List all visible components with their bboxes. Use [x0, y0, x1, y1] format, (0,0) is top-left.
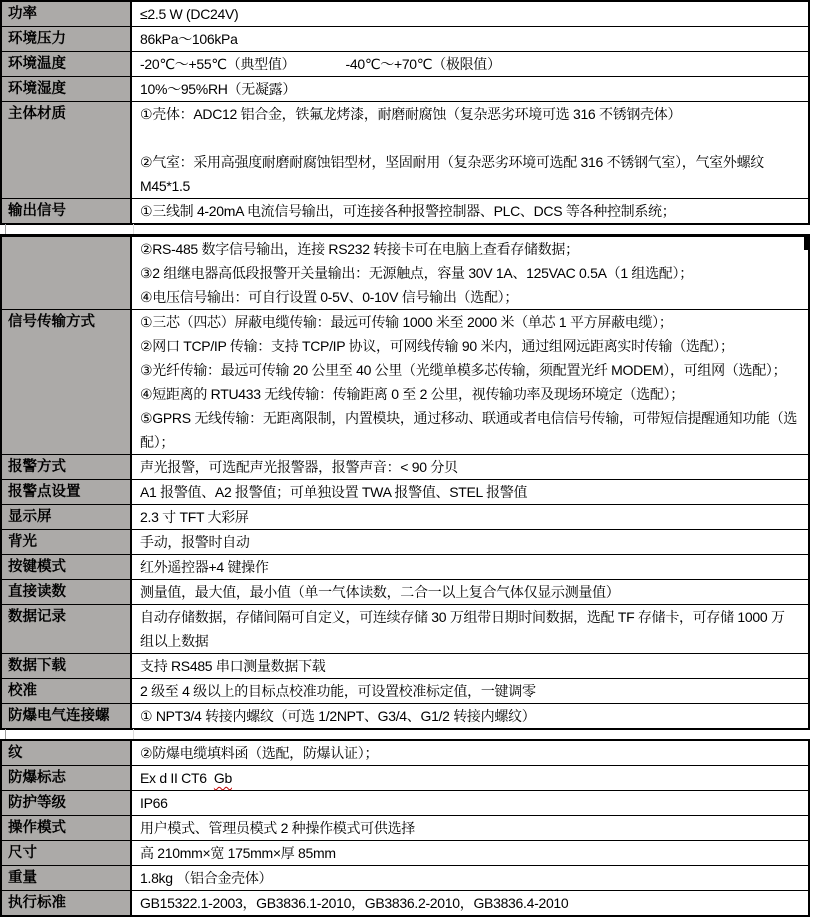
spec-value: ① NPT3/4 转接内螺纹（可选 1/2NPT、G3/4、G1/2 转接内螺纹…	[132, 704, 808, 728]
spec-value: ①壳体：ADC12 铝合金，铁氟龙烤漆，耐磨耐腐蚀（复杂恶劣环境可选 316 不…	[132, 102, 808, 198]
spec-label: 防爆电气连接螺	[2, 704, 132, 728]
spec-label: 环境湿度	[2, 77, 132, 101]
spec-value: ≤2.5 W (DC24V)	[132, 2, 808, 26]
spec-label: 防爆标志	[2, 766, 132, 790]
spec-label: 校准	[2, 679, 132, 703]
spec-label	[2, 237, 132, 309]
spec-value: ①三芯（四芯）屏蔽电缆传输：最远可传输 1000 米至 2000 米（单芯 1 …	[132, 310, 808, 454]
spec-row: 尺寸高 210mm×宽 175mm×厚 85mm	[2, 840, 808, 865]
spec-row: 防护等级IP66	[2, 790, 808, 815]
spec-label: 显示屏	[2, 505, 132, 529]
spec-label: 按键模式	[2, 555, 132, 579]
spec-label: 执行标准	[2, 891, 132, 915]
spec-label: 操作模式	[2, 816, 132, 840]
spec-label: 直接读数	[2, 580, 132, 604]
spec-row: 背光手动，报警时自动	[2, 529, 808, 554]
spec-value: A1 报警值、A2 报警值；可单独设置 TWA 报警值、STEL 报警值	[132, 480, 808, 504]
spec-row: 按键模式红外遥控器+4 键操作	[2, 554, 808, 579]
spec-table-section-2: ②RS-485 数字信号输出，连接 RS232 转接卡可在电脑上查看存储数据； …	[0, 234, 810, 730]
spec-label: 数据记录	[2, 605, 132, 653]
spec-value: 手动，报警时自动	[132, 530, 808, 554]
spec-label: 信号传输方式	[2, 310, 132, 454]
spec-label: 环境压力	[2, 27, 132, 51]
spec-row: 环境湿度10%～95%RH（无凝露）	[2, 76, 808, 101]
spec-value: -20℃～+55℃（典型值） -40℃～+70℃（极限值）	[132, 52, 808, 76]
spec-label: 环境温度	[2, 52, 132, 76]
spec-value: 测量值，最大值，最小值（单一气体读数，二合一以上复合气体仅显示测量值）	[132, 580, 808, 604]
spec-value: 1.8kg （铝合金壳体）	[132, 866, 808, 890]
spec-value: 声光报警，可选配声光报警器，报警声音：< 90 分贝	[132, 455, 808, 479]
spec-row: 数据下载支持 RS485 串口测量数据下载	[2, 653, 808, 678]
spec-label: 输出信号	[2, 199, 132, 223]
spec-value: 高 210mm×宽 175mm×厚 85mm	[132, 841, 808, 865]
spec-row: 显示屏2.3 寸 TFT 大彩屏	[2, 504, 808, 529]
spec-value: 10%～95%RH（无凝露）	[132, 77, 808, 101]
spec-row: 输出信号①三线制 4-20mA 电流信号输出，可连接各种报警控制器、PLC、DC…	[2, 198, 808, 223]
spec-label: 数据下载	[2, 654, 132, 678]
section-gap	[0, 730, 810, 739]
spec-label: 报警方式	[2, 455, 132, 479]
spec-row: 主体材质①壳体：ADC12 铝合金，铁氟龙烤漆，耐磨耐腐蚀（复杂恶劣环境可选 3…	[2, 101, 808, 198]
spec-row: ②RS-485 数字信号输出，连接 RS232 转接卡可在电脑上查看存储数据； …	[2, 236, 808, 309]
spellcheck-underlined-text: Gb	[214, 770, 232, 786]
spec-row: 环境温度-20℃～+55℃（典型值） -40℃～+70℃（极限值）	[2, 51, 808, 76]
spec-value: ②防爆电缆填料函（选配，防爆认证）；	[132, 741, 808, 765]
spec-row: 信号传输方式①三芯（四芯）屏蔽电缆传输：最远可传输 1000 米至 2000 米…	[2, 309, 808, 454]
spec-value: 红外遥控器+4 键操作	[132, 555, 808, 579]
spec-value: 自动存储数据，存储间隔可自定义，可连续存储 30 万组带日期时间数据，选配 TF…	[132, 605, 808, 653]
spec-value: 2 级至 4 级以上的目标点校准功能，可设置校准标定值，一键调零	[132, 679, 808, 703]
spec-row: 环境压力86kPa～106kPa	[2, 26, 808, 51]
spec-label: 背光	[2, 530, 132, 554]
spec-row: 重量1.8kg （铝合金壳体）	[2, 865, 808, 890]
spec-label: 纹	[2, 741, 132, 765]
spec-label: 功率	[2, 2, 132, 26]
spec-row: 执行标准GB15322.1-2003，GB3836.1-2010，GB3836.…	[2, 890, 808, 915]
spec-label: 主体材质	[2, 102, 132, 198]
spec-value: 86kPa～106kPa	[132, 27, 808, 51]
spec-row: 防爆电气连接螺① NPT3/4 转接内螺纹（可选 1/2NPT、G3/4、G1/…	[2, 703, 808, 728]
spec-value: 用户模式、管理员模式 2 种操作模式可供选择	[132, 816, 808, 840]
table-corner-mark	[804, 234, 810, 250]
spec-row: 报警方式声光报警，可选配声光报警器，报警声音：< 90 分贝	[2, 454, 808, 479]
spec-value: 2.3 寸 TFT 大彩屏	[132, 505, 808, 529]
spec-row: 校准2 级至 4 级以上的目标点校准功能，可设置校准标定值，一键调零	[2, 678, 808, 703]
spec-row: 防爆标志Ex d II CT6 Gb	[2, 765, 808, 790]
spec-row: 报警点设置A1 报警值、A2 报警值；可单独设置 TWA 报警值、STEL 报警…	[2, 479, 808, 504]
spec-value: ②RS-485 数字信号输出，连接 RS232 转接卡可在电脑上查看存储数据； …	[132, 237, 808, 309]
spec-value: ①三线制 4-20mA 电流信号输出，可连接各种报警控制器、PLC、DCS 等各…	[132, 199, 808, 223]
spec-row: 数据记录自动存储数据，存储间隔可自定义，可连续存储 30 万组带日期时间数据，选…	[2, 604, 808, 653]
spec-table-section-1: 功率≤2.5 W (DC24V)环境压力86kPa～106kPa环境温度-20℃…	[0, 0, 810, 225]
spec-row: 操作模式用户模式、管理员模式 2 种操作模式可供选择	[2, 815, 808, 840]
spec-label: 报警点设置	[2, 480, 132, 504]
spec-value: IP66	[132, 791, 808, 815]
spec-value: Ex d II CT6 Gb	[132, 766, 808, 790]
section-gap	[0, 225, 810, 234]
spec-table-section-3: 纹②防爆电缆填料函（选配，防爆认证）；防爆标志Ex d II CT6 Gb防护等…	[0, 739, 810, 917]
spec-row: 直接读数测量值，最大值，最小值（单一气体读数，二合一以上复合气体仅显示测量值）	[2, 579, 808, 604]
spec-label: 尺寸	[2, 841, 132, 865]
spec-value: 支持 RS485 串口测量数据下载	[132, 654, 808, 678]
spec-document: 功率≤2.5 W (DC24V)环境压力86kPa～106kPa环境温度-20℃…	[0, 0, 810, 917]
spec-row: 功率≤2.5 W (DC24V)	[2, 2, 808, 26]
spec-label: 重量	[2, 866, 132, 890]
spec-value: GB15322.1-2003，GB3836.1-2010，GB3836.2-20…	[132, 891, 808, 915]
spec-row: 纹②防爆电缆填料函（选配，防爆认证）；	[2, 741, 808, 765]
spec-label: 防护等级	[2, 791, 132, 815]
